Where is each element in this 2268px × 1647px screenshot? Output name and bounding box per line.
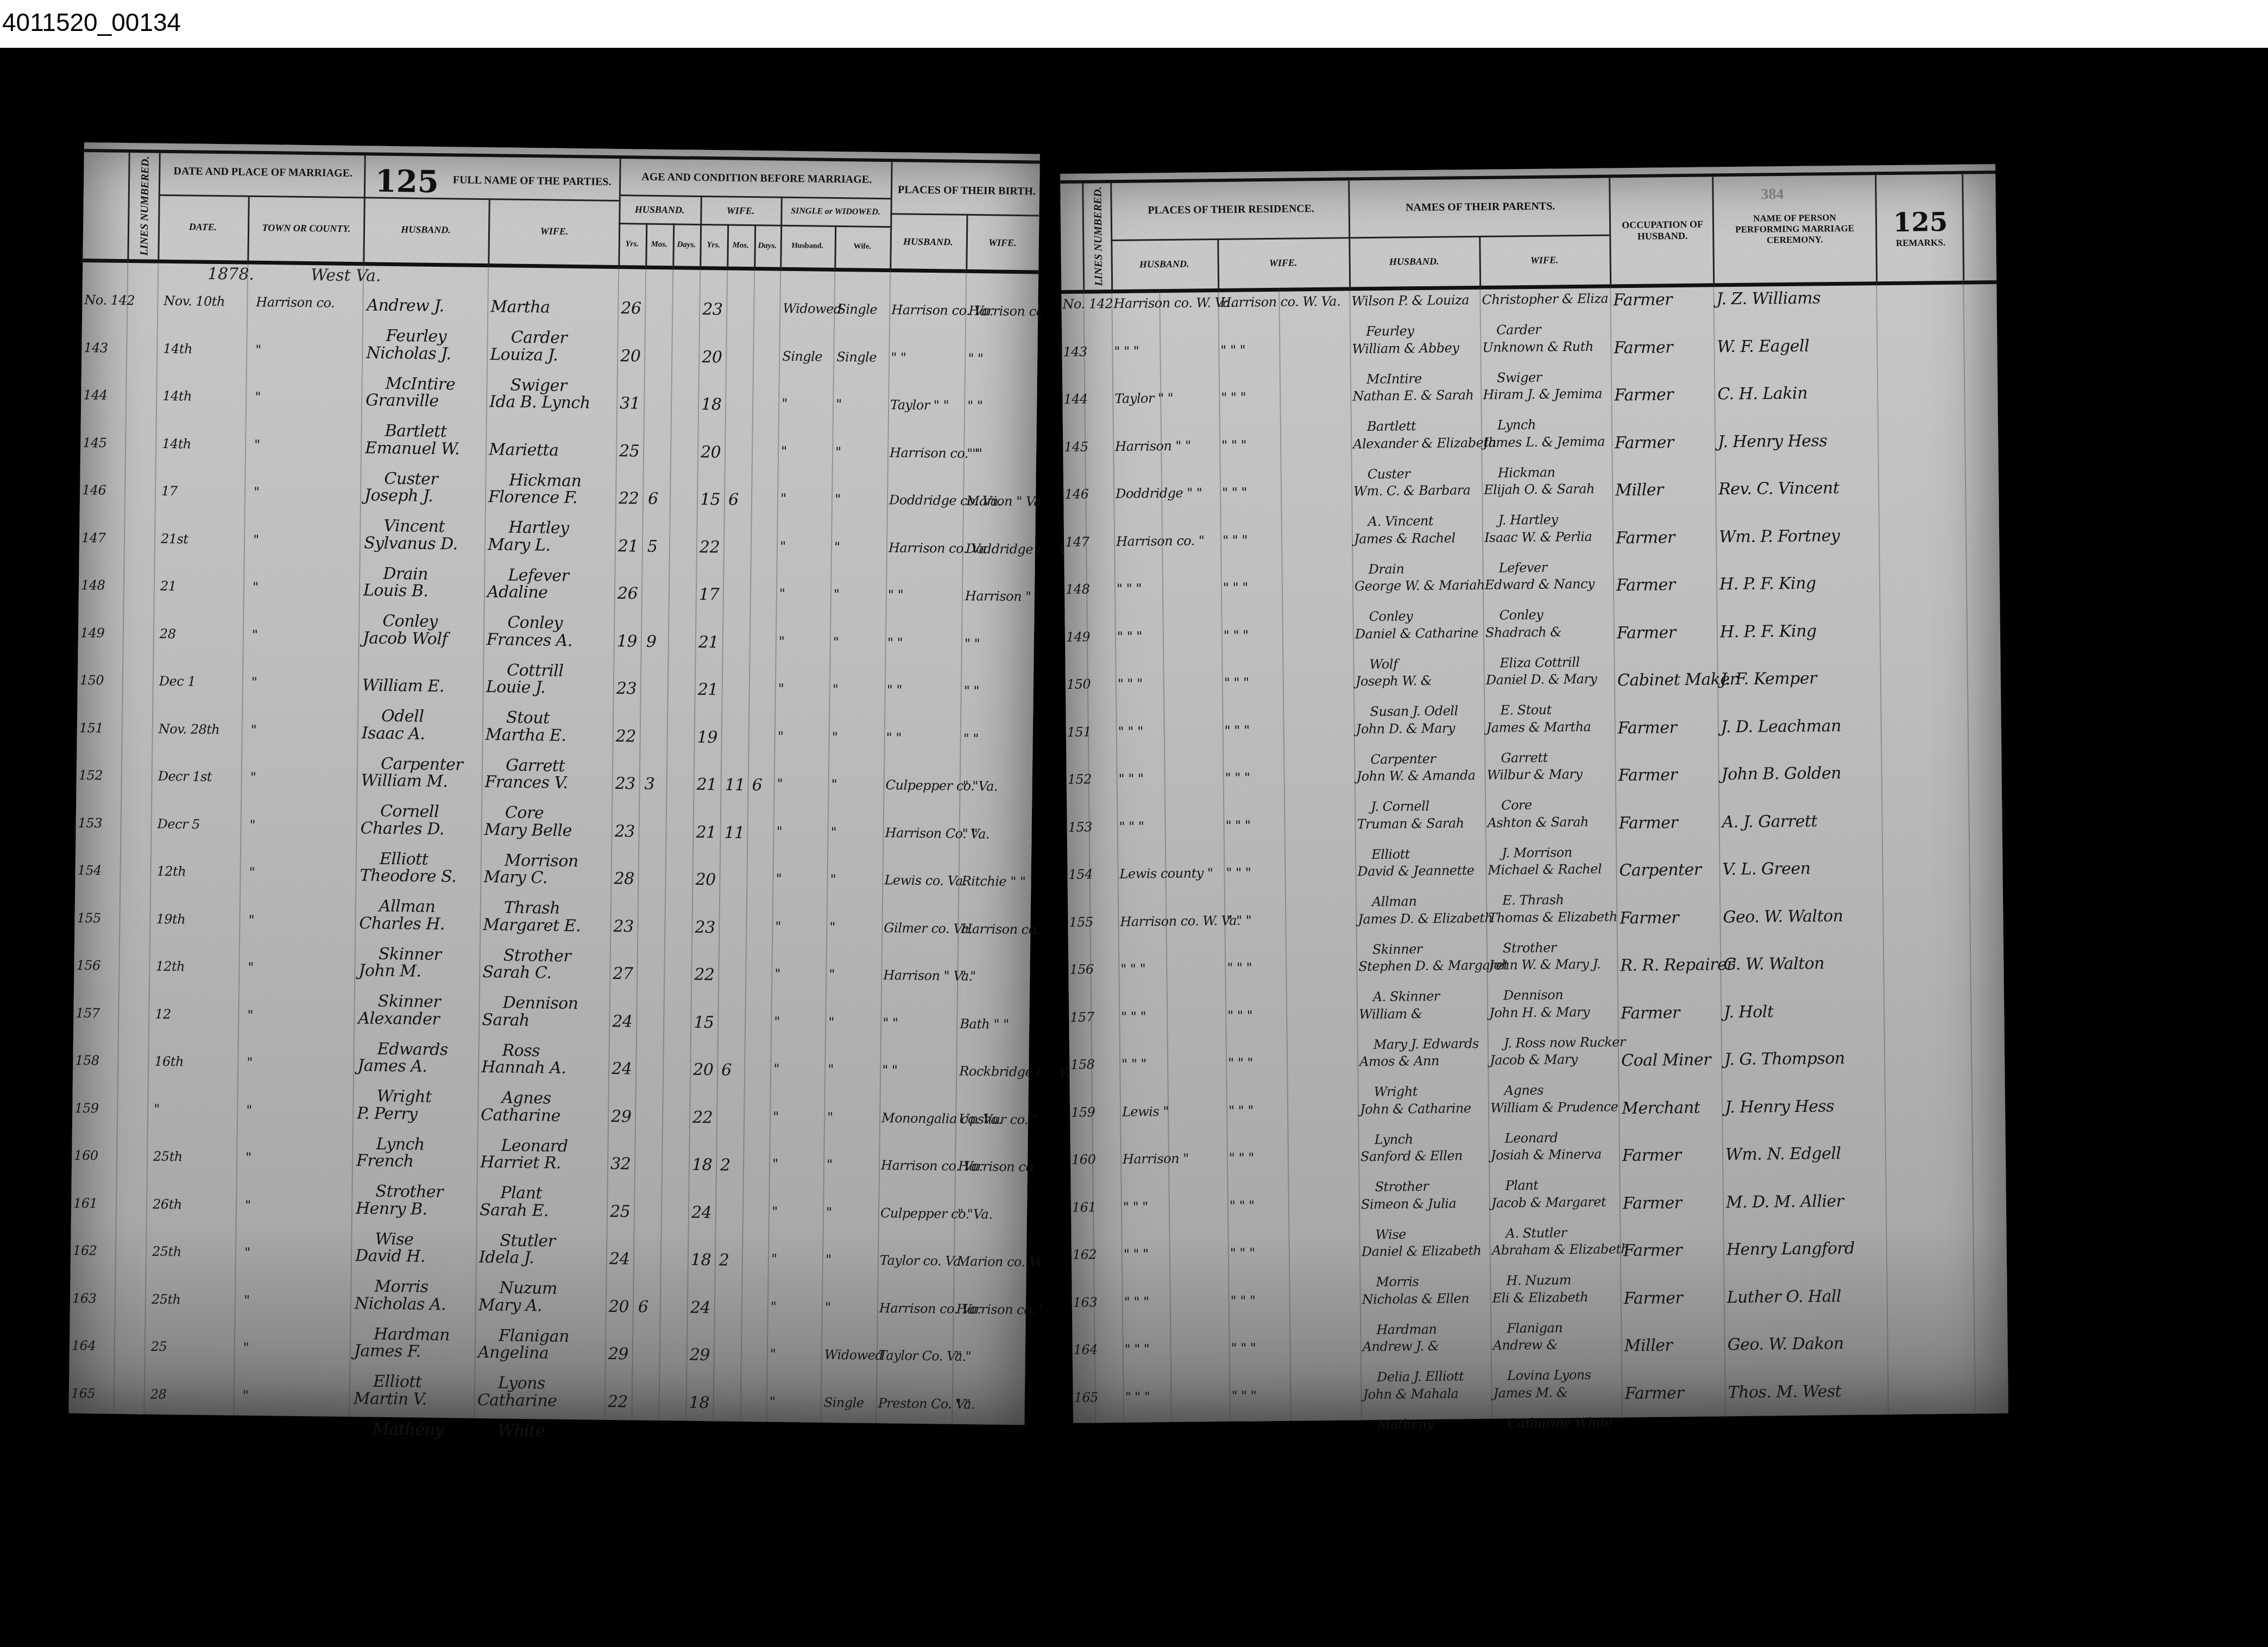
husband-given-name: Joseph J. [364,486,433,506]
wife-residence: " " " [1231,1340,1256,1355]
wife-condition: Single [824,1394,864,1410]
wife-parents: Edward & Nancy [1485,576,1595,593]
marriage-place: " [250,770,256,785]
husband-occupation: Farmer [1616,575,1675,595]
header-town-county: TOWN OR COUNTY. [249,198,363,259]
page-number: 125 [375,164,439,200]
line-number: 155 [77,910,101,926]
wife-given-name: Mary A. [478,1296,543,1315]
husband-occupation: R. R. Repairer [1620,955,1734,975]
wife-birthplace: " " [955,1396,971,1411]
husband-condition: " [771,1299,777,1314]
husband-given-name: David H. [355,1246,425,1266]
marriage-place: " [253,532,259,547]
marriage-place: " [254,485,260,500]
husband-age-years: 22 [619,489,639,508]
line-number: 157 [75,1005,100,1021]
header-officiant: NAME OF PERSON PERFORMING MARRIAGE CEREM… [1712,175,1876,283]
header-h-days: Days. [672,225,700,264]
marriage-date: 14th [162,388,192,404]
husband-residence: Harrison co. W. Va. [1113,295,1234,311]
husband-parents: John & Catharine [1360,1101,1471,1117]
marriage-date: 25th [152,1244,181,1260]
husband-occupation: Farmer [1614,385,1673,405]
wife-parents: Unknown & Ruth [1482,338,1593,355]
husband-occupation: Merchant [1622,1098,1700,1118]
husband-condition: " [776,823,782,839]
husband-birthplace: Culpepper co. Va. [880,1205,993,1222]
wife-birthplace: Doddridge co. Va. [966,540,1079,557]
husband-parents: Sanford & Ellen [1360,1148,1463,1164]
husband-condition: " [778,728,784,744]
line-number: 149 [80,625,105,640]
wife-given-name: Louiza J. [490,345,558,365]
wife-parents: William & Prudence [1490,1099,1618,1115]
husband-given-name: Nicholas J. [366,343,451,363]
wife-given-name: Mary Belle [484,820,572,840]
marriage-place: " [246,1102,252,1117]
marriage-place: " [245,1197,251,1212]
wife-condition: " [827,1109,833,1124]
marriage-date: 26th [153,1196,182,1212]
wife-parents: James M. & [1493,1385,1567,1400]
line-number: 152 [1068,771,1092,787]
husband-given-name: Nicholas A. [355,1294,446,1314]
husband-age-years: 20 [609,1297,629,1316]
husband-residence: " " " [1117,581,1142,596]
husband-age-years: 25 [619,442,640,461]
wife-given-name: Harriet R. [480,1153,561,1173]
wife-condition: Single [837,301,877,317]
husband-occupation: Farmer [1618,813,1678,833]
marriage-place: " [254,437,260,452]
wife-condition: Single [836,349,877,364]
wife-given-name: Louie J. [486,677,546,697]
right-page-header: Lines Numbered. PLACES OF THEIR RESIDENC… [1060,171,1996,294]
wife-age-years: 23 [702,300,723,319]
wife-condition: " [829,919,835,934]
wife-parents: Jacob & Margaret [1491,1194,1606,1210]
husband-age-years: 29 [611,1107,632,1126]
wife-residence: " " " [1224,675,1249,690]
husband-residence: " " " [1118,724,1143,739]
wife-given-name: Adaline [487,582,548,602]
husband-occupation: Cabinet Maker [1617,670,1737,690]
header-birth-wife: WIFE. [966,217,1039,268]
husband-parents: James & Rachel [1354,530,1456,546]
husband-occupation: Farmer [1621,1003,1680,1023]
line-number: 145 [1064,439,1088,454]
wife-parents: Jacob & Mary [1490,1052,1578,1068]
wife-parents: James L. & Jemima [1483,433,1605,450]
husband-occupation: Miller [1624,1336,1672,1355]
wife-birthplace: " " [965,636,980,651]
husband-parents: John W. & Amanda [1357,768,1476,784]
husband-given-name: Charles D. [360,819,444,839]
line-number: 149 [1066,629,1091,644]
wife-condition: " [833,634,839,649]
wife-age-years: 20 [695,870,716,889]
officiant-name: J. Henry Hess [1718,431,1827,451]
wife-given-name: Frances A. [487,630,572,650]
line-number: 151 [1067,724,1092,739]
margin-cell [83,152,128,259]
officiant-name: Geo. W. Walton [1723,906,1843,926]
husband-residence: Doddridge " " [1116,485,1202,501]
marriage-place: " [248,960,254,975]
header-par-wife: WIFE. [1479,236,1610,284]
marriage-place: Harrison co. [256,294,335,311]
wife-given-name: Catharine [481,1105,560,1126]
wife-birthplace: " " [967,398,983,413]
husband-parents: Nathan E. & Sarah [1352,387,1473,404]
line-number: No. 142 [84,292,135,308]
wife-age-years: 20 [702,347,722,366]
husband-birthplace: " " [891,350,906,365]
header-age-husband: HUSBAND. [619,196,701,224]
husband-birthplace: Taylor co. Va. [880,1253,965,1269]
husband-surname: Mathény [373,1419,444,1439]
husband-residence: " " " [1122,1056,1146,1071]
wife-birthplace: Bath " " [960,1016,1009,1032]
husband-parents: William & [1359,1006,1422,1022]
husband-age-months: 9 [646,632,657,651]
husband-given-name: Theodore S. [360,866,456,886]
husband-parents: Stephen D. & Margaret [1358,957,1508,974]
husband-birthplace: Lewis co. Va. [884,872,967,889]
wife-age-years: 21 [696,822,716,841]
wife-birthplace: Ritchie " " [961,873,1025,889]
husband-parents: Daniel & Elizabeth [1362,1243,1482,1259]
margin-cell [1060,184,1083,290]
header-single-widowed: SINGLE or WIDOWED. [780,198,891,226]
husband-occupation: Farmer [1613,290,1672,310]
wife-given-name: Mary C. [483,867,547,887]
header-par-husband: HUSBAND. [1349,238,1479,285]
header-h-yrs: Yrs. [618,225,646,263]
line-number: 158 [1070,1057,1095,1072]
wife-age-months: 6 [728,491,739,510]
husband-residence: " " " [1118,676,1143,691]
husband-residence: Lewis county " [1119,865,1213,882]
wife-parents: Shadrach & [1485,624,1562,640]
officiant-name: Wm. P. Fortney [1719,526,1840,546]
wife-residence: " " " [1224,627,1249,643]
husband-age-months: 3 [644,775,654,794]
wife-condition: " [828,1014,834,1029]
ledger-right-page: Lines Numbered. PLACES OF THEIR RESIDENC… [1060,164,2008,1423]
officiant-name: J. Holt [1724,1002,1774,1022]
wife-age-years: 18 [689,1393,710,1412]
husband-condition: Widowed [783,301,842,317]
officiant-name: W. F. Eagell [1717,336,1809,356]
wife-parents: Wilbur & Mary [1486,766,1582,783]
wife-parents: James & Martha [1486,719,1591,735]
line-number: 154 [1068,866,1093,882]
line-number: 147 [81,530,106,545]
husband-condition: " [779,586,785,601]
husband-condition: " [770,1394,776,1409]
marriage-date: Dec 1 [159,674,196,689]
page-stamp: 384 [1761,186,1784,203]
wife-condition: " [833,682,839,697]
marriage-date: 14th [162,436,191,451]
marriage-date: Decr 1st [158,769,212,784]
header-res-wife: WIFE. [1217,239,1349,286]
husband-age-years: 27 [613,964,633,983]
marriage-date: 28 [150,1386,167,1401]
husband-occupation: Farmer [1617,623,1676,643]
wife-given-name: Catharine [477,1391,557,1411]
line-number: 150 [80,672,104,688]
husband-occupation: Miller [1615,480,1664,500]
officiant-name: H. P. F. King [1719,574,1816,594]
husband-parents: Nicholas & Ellen [1362,1291,1470,1307]
wife-parents: Hiram J. & Jemima [1483,386,1602,403]
line-number: 151 [79,720,104,736]
header-occupation: OCCUPATION OF HUSBAND. [1609,177,1715,284]
husband-condition: " [775,919,781,934]
husband-condition: " [774,966,780,982]
husband-occupation: Farmer [1618,718,1677,738]
table-row: 16528"Martin V.MathényCatharineWhite2218… [68,1381,1025,1464]
husband-condition: " [774,1014,780,1029]
line-number: 157 [1070,1009,1094,1024]
wife-parents-surname: Catharine White [1508,1415,1612,1431]
wife-age-months: 6 [721,1060,732,1079]
line-number: 160 [74,1148,98,1164]
officiant-name: Rev. C. Vincent [1718,479,1839,499]
title-bar: 4011520_00134 [0,0,2268,48]
husband-residence: Taylor " " [1114,391,1173,406]
husband-given-name: French [356,1151,414,1171]
husband-given-name: Charles H. [359,914,445,934]
wife-age-years: 19 [697,727,717,746]
line-number: 147 [1065,534,1089,549]
husband-age-years: 22 [608,1392,628,1411]
line-number: 164 [72,1338,96,1354]
wife-condition: " [829,967,835,982]
husband-birthplace: Harrison co. " [890,445,978,461]
husband-occupation: Carpenter [1619,860,1701,881]
husband-occupation: Coal Miner [1621,1051,1711,1071]
line-number: 153 [78,815,103,831]
wife-birthplace: Upshur co. " [959,1111,1038,1127]
husband-occupation: Farmer [1614,338,1673,357]
marriage-place: " [243,1340,249,1355]
wife-residence: " " " [1227,960,1252,975]
husband-parents: Truman & Sarah [1357,815,1464,832]
husband-condition: " [771,1252,777,1267]
marriage-date: 12 [155,1006,171,1021]
wife-age-years: 22 [694,965,715,984]
wife-given-name: Martha [490,297,550,317]
wife-birthplace: Marion " Va. [966,493,1045,510]
wife-residence: " " " [1220,342,1245,357]
wife-birthplace: " " [956,1349,972,1364]
line-number: 162 [1073,1247,1097,1262]
wife-residence: " " " [1221,437,1246,452]
husband-residence: Lewis " [1122,1104,1169,1120]
officiant-name: Thos. M. West [1728,1382,1841,1402]
husband-age-years: 23 [614,822,635,841]
line-number: 160 [1072,1152,1096,1167]
wife-parents: John W. & Mary J. [1489,957,1601,973]
wife-residence: " " " [1225,770,1250,785]
marriage-date: Nov. 10th [163,293,225,309]
officiant-name: Geo. W. Dakon [1727,1334,1843,1354]
wife-parents: Abraham & Elizabeth [1492,1241,1629,1258]
husband-condition: " [773,1061,779,1077]
wife-residence: " " " [1225,818,1250,833]
husband-occupation: Farmer [1622,1146,1681,1165]
line-number: 155 [1069,914,1093,929]
husband-given-name: Louis B. [363,581,429,600]
wife-given-name: Sarah [482,1010,530,1030]
wife-age-years: 15 [700,490,721,509]
wife-age-years: 23 [695,917,715,936]
header-lines-numbered: Lines Numbered. [1082,183,1113,290]
husband-occupation: Farmer [1624,1288,1683,1308]
husband-parents: Amos & Ann [1359,1053,1439,1070]
marriage-place: " [245,1150,251,1165]
line-number: 145 [83,435,107,451]
husband-condition: " [772,1156,778,1172]
husband-birthplace: " " [887,682,903,697]
husband-parents: David & Jeannette [1357,863,1474,879]
marriage-date: 21 [160,579,177,594]
husband-parents: Andrew J. & [1362,1338,1439,1354]
wife-condition: " [831,777,837,792]
marriage-place: " [255,342,261,357]
husband-occupation: Farmer [1615,433,1674,452]
image-title: 4011520_00134 [2,8,181,37]
marriage-date: 25 [151,1339,167,1354]
officiant-name: J. G. Thompson [1724,1049,1845,1069]
line-number: 143 [84,340,108,356]
wife-age-years: 18 [701,395,722,414]
husband-parents: Simeon & Julia [1361,1196,1457,1212]
husband-residence: Harrison " [1123,1151,1189,1167]
husband-residence: " " " [1125,1389,1150,1404]
wife-age-years: 15 [694,1013,714,1032]
line-number: 165 [71,1385,96,1401]
husband-residence: " " " [1120,961,1145,976]
officiant-name: G. W. Walton [1723,954,1824,974]
husband-birthplace: Taylor " " [890,397,949,413]
wife-residence: " " " [1228,1055,1253,1070]
line-number: 156 [76,958,100,973]
husband-given-name: John M. [358,961,421,980]
wife-age-years: 17 [699,585,720,604]
husband-parents: William & Abbey [1352,340,1459,356]
husband-occupation: Farmer [1620,908,1679,928]
officiant-name: H. P. F. King [1720,621,1817,642]
marriage-date: 16th [154,1054,184,1070]
header-age-wife: WIFE. [700,197,781,225]
marriage-date: 25th [152,1291,181,1307]
wife-condition: " [832,729,838,744]
header-w-mos: Mos. [727,226,754,265]
husband-age-years: 22 [616,727,637,746]
husband-given-name: William E. [362,676,444,696]
husband-condition: " [777,776,783,791]
page-number: 125 [1893,207,1948,238]
wife-parents: Daniel D. & Mary [1486,671,1597,688]
line-number: 152 [79,768,103,783]
wife-age-years: 24 [690,1298,711,1317]
left-page-header: Lines Numbered. DATE AND PLACE OF MARRIA… [83,149,1039,274]
wife-birthplace: Harrison " [965,588,1031,604]
wife-parents: Isaac W. & Perlia [1484,529,1592,545]
husband-given-name: P. Perry [357,1104,418,1123]
wife-condition: " [835,444,841,459]
marriage-place: " [255,389,261,405]
officiant-name: A. J. Garrett [1722,812,1817,832]
husband-condition: " [780,538,786,554]
husband-birthplace: Harrison " Va. [883,967,973,984]
husband-condition: " [782,396,787,411]
officiant-name: Henry Langford [1727,1239,1855,1259]
line-number: 143 [1063,344,1087,359]
marriage-date: 14th [163,341,192,356]
wife-condition: " [834,539,840,554]
husband-age-years: 23 [615,774,635,793]
wife-given-name: Sarah E. [480,1200,549,1221]
wife-residence: " " " [1231,1293,1256,1308]
husband-occupation: Farmer [1616,528,1675,548]
header-husband: HUSBAND. [363,199,488,260]
husband-condition: Single [782,348,822,364]
wife-age-years: 22 [700,537,720,556]
husband-age-years: 21 [618,537,639,556]
header-lines-numbered: Lines Numbered. [127,153,160,260]
husband-age-years: 24 [609,1249,630,1268]
husband-age-years: 26 [621,299,641,318]
wife-condition: " [830,872,836,887]
officiant-name: M. D. M. Allier [1726,1191,1844,1211]
husband-occupation: Farmer [1624,1384,1684,1403]
wife-given-name: Margaret E. [483,915,581,935]
year-note: 1878. [207,265,254,284]
husband-residence: " " " [1121,1009,1146,1024]
husband-age-years: 24 [612,1059,632,1078]
wife-condition: " [826,1252,831,1267]
husband-occupation: Farmer [1618,765,1677,785]
husband-parents: George W. & Mariah [1354,577,1485,594]
wife-condition: " [835,492,841,507]
header-sw-husband: Husband. [780,227,835,266]
husband-residence: Harrison " " [1115,438,1191,454]
husband-condition: " [770,1347,776,1362]
line-number: 163 [1073,1294,1098,1310]
husband-condition: " [772,1204,778,1219]
officiant-name: John B. Golden [1721,764,1841,784]
husband-parents: Alexander & Elizabeth [1353,435,1496,451]
wife-residence: " " " [1229,1150,1254,1165]
husband-given-name: James A. [357,1056,427,1076]
marriage-date: 12th [155,959,185,975]
wife-age-years: 20 [693,1060,714,1079]
husband-age-years: 24 [612,1012,633,1031]
marriage-place: " [253,580,259,595]
husband-occupation: Farmer [1623,1193,1682,1213]
marriage-date: Nov. 28th [159,721,220,737]
ledger-left-page: Lines Numbered. DATE AND PLACE OF MARRIA… [68,142,1039,1425]
marriage-place: " [244,1292,250,1307]
wife-birthplace: " " [967,445,982,461]
wife-parents: Christopher & Eliza [1482,291,1608,307]
